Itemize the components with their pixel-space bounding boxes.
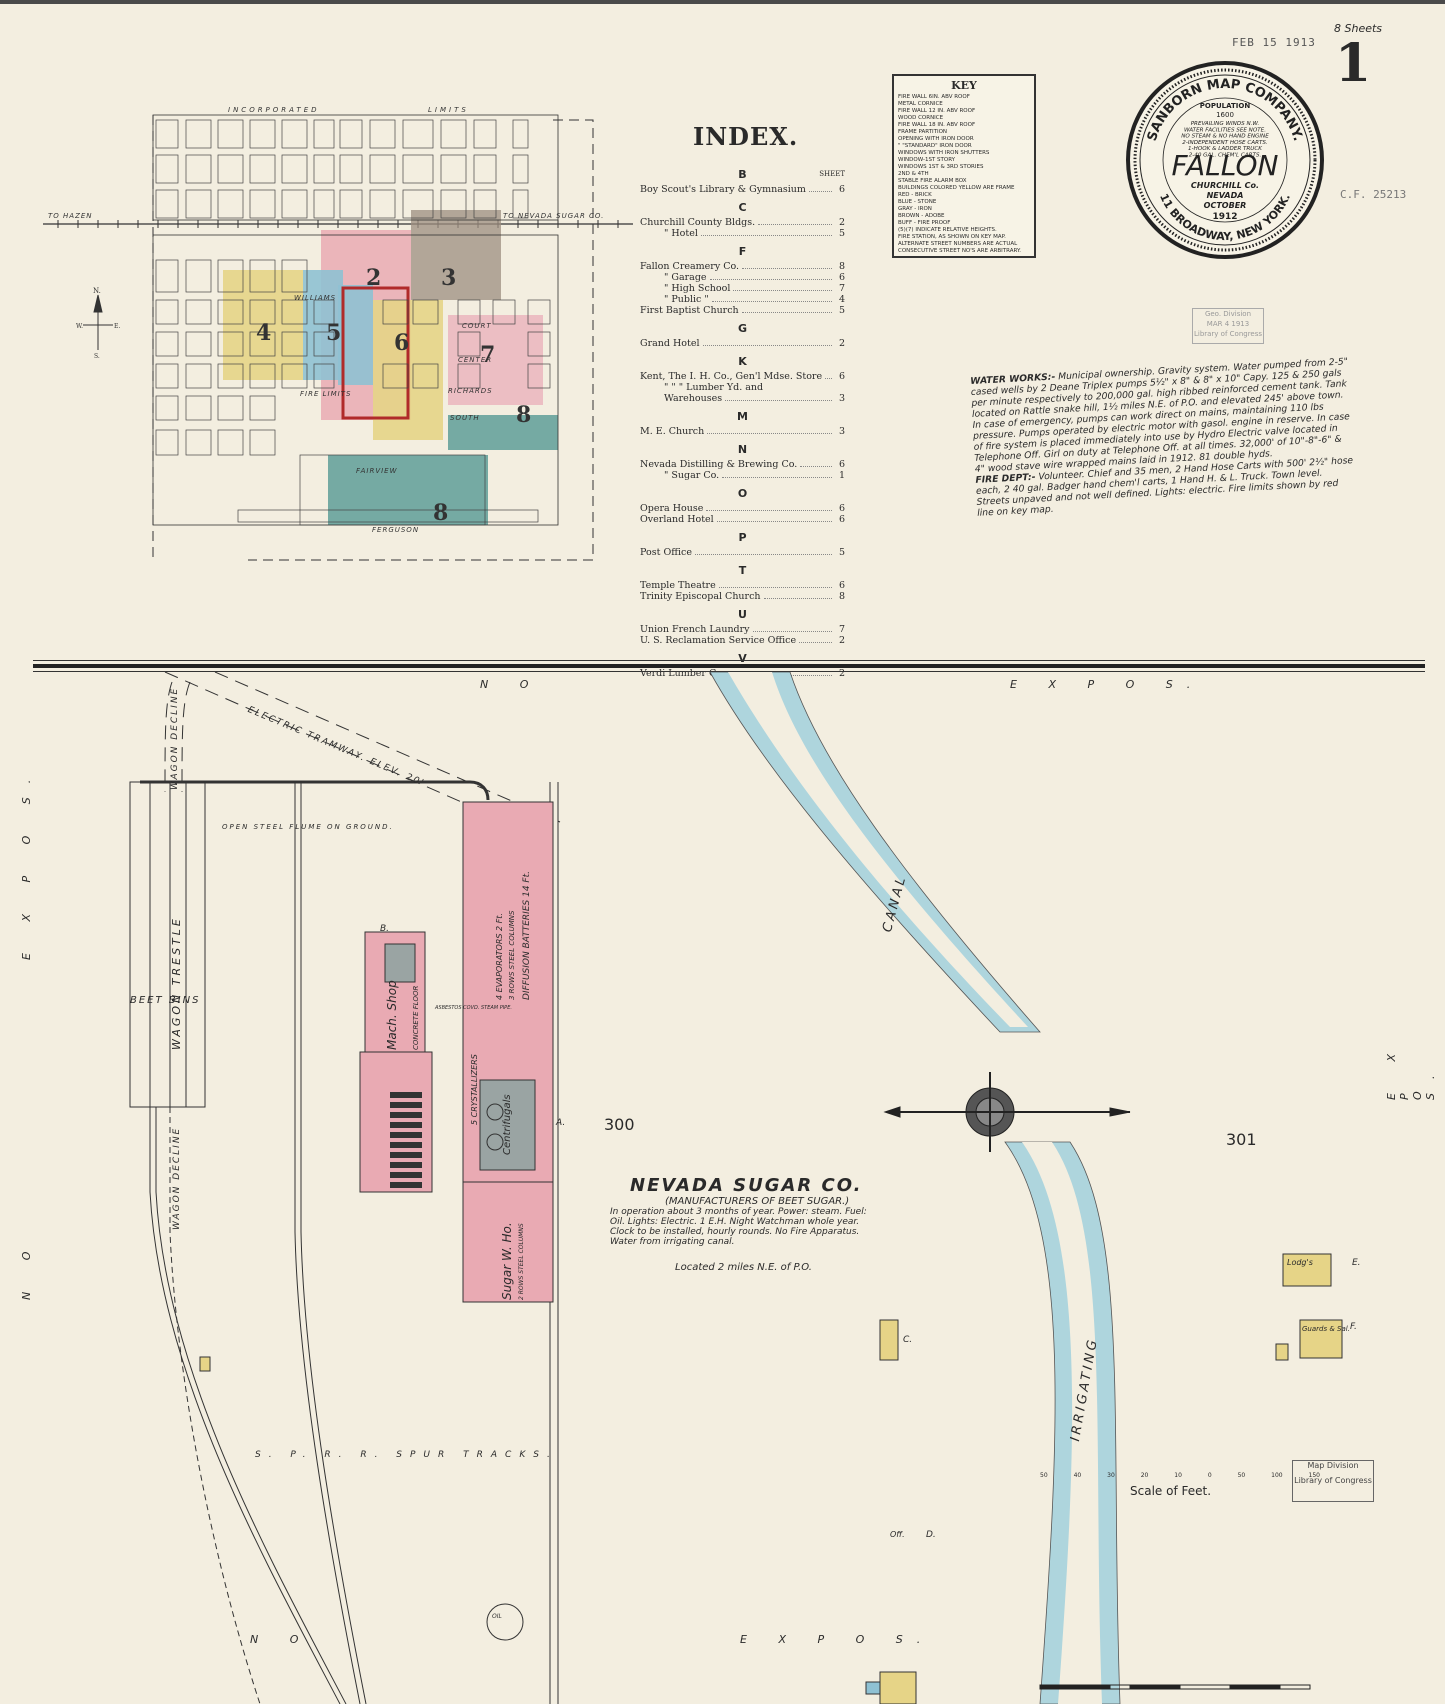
not-expos-bottom-right: E X P O S. (740, 1633, 934, 1646)
stamp-line: Library of Congress (1293, 1476, 1373, 1485)
key-line: FIRE STATION, AS SHOWN ON KEY MAP. (898, 234, 1030, 241)
svg-text:WATER FACILITIES SEE NOTE.: WATER FACILITIES SEE NOTE. (1184, 127, 1266, 133)
steel-columns-label: 3 ROWS STEEL COLUMNS (508, 911, 516, 1000)
company-subtitle: (MANUFACTURERS OF BEET SUGAR.) (665, 1196, 849, 1207)
key-line: 2ND & 4TH (898, 171, 1030, 178)
svg-text:4: 4 (256, 320, 271, 346)
svg-text:TO NEVADA SUGAR CO.: TO NEVADA SUGAR CO. (503, 212, 604, 220)
key-line: BROWN - ADOBE (898, 213, 1030, 220)
index-entry-sheet: 7 (835, 624, 845, 635)
not-expos-left: E X P O S. (20, 766, 33, 960)
key-line: " "STANDARD" IRON DOOR (898, 143, 1030, 150)
index-entry-name: Warehouses (640, 393, 722, 404)
index-entry-sheet: 6 (835, 580, 845, 591)
svg-text:S.: S. (94, 353, 100, 360)
scale-tick: 50 (1238, 1472, 1246, 1479)
index-entry: Temple Theatre6 (640, 580, 845, 591)
company-title: NEVADA SUGAR CO. (630, 1175, 863, 1196)
index-entry-sheet: 3 (835, 426, 845, 437)
guards-label: Guards & Sal. (1302, 1325, 1350, 1333)
index-leader-dots (733, 290, 832, 291)
index-entry-sheet: 6 (835, 371, 845, 382)
index-entry-name: " Sugar Co. (640, 470, 719, 481)
key-line: CONSECUTIVE STREET NO'S ARE ARBITRARY. (898, 248, 1030, 255)
key-line: BLUE - STONE (898, 199, 1030, 206)
stamp-line: Geo. Division (1193, 309, 1263, 319)
asbestos-pipe-label: ASBESTOS COVD. STEAM PIPE. (435, 1005, 512, 1011)
svg-text:INCORPORATED: INCORPORATED (228, 106, 320, 114)
index-entry-sheet: 8 (835, 261, 845, 272)
building-e-label: E. (1352, 1258, 1361, 1268)
index-leader-dots (800, 466, 832, 467)
index-entry: First Baptist Church5 (640, 305, 845, 316)
diffusion-batteries-label: DIFFUSION BATTERIES 14 Ft. (522, 871, 532, 1000)
index-entry: Boy Scout's Library & Gymnasium6 (640, 184, 845, 195)
received-date-stamp: FEB 15 1913 (1232, 36, 1316, 49)
not-expos-top-right: E X P O S. (1010, 678, 1204, 691)
not-expos-top-left: N O (480, 678, 542, 691)
svg-text:5: 5 (326, 320, 341, 346)
wagon-decline-top-label: WAGON DECLINE (170, 687, 180, 790)
svg-text:8: 8 (433, 500, 448, 526)
index-entry-sheet: 6 (835, 459, 845, 470)
sanborn-seal: SANBORN MAP COMPANY. 11 BROADWAY, NEW YO… (1125, 60, 1325, 260)
sugar-warehouse-label: Sugar W. Ho. (500, 1222, 514, 1300)
index-entry-name: Nevada Distilling & Brewing Co. (640, 459, 797, 470)
index-entry: U. S. Reclamation Service Office2 (640, 635, 845, 646)
svg-text:CHURCHILL Co.: CHURCHILL Co. (1191, 181, 1259, 190)
index-entry: Opera House6 (640, 503, 845, 514)
water-fire-notes: WATER WORKS:- Municipal ownership. Gravi… (970, 356, 1357, 519)
index-letter: M (640, 410, 845, 423)
index-entry: Trinity Episcopal Church8 (640, 591, 845, 602)
svg-text:TO HAZEN: TO HAZEN (48, 212, 93, 220)
svg-text:FALLON: FALLON (1172, 149, 1279, 182)
spur-tracks-label: S. P. R. R. SPUR TRACKS. (255, 1450, 558, 1460)
scale-tick: 0 (1208, 1472, 1212, 1479)
key-line: FIRE WALL 18 IN. ABV ROOF (898, 122, 1030, 129)
scale-tick: 10 (1174, 1472, 1182, 1479)
index-entry-name: First Baptist Church (640, 305, 739, 316)
index-leader-dots (742, 312, 832, 313)
svg-text:8: 8 (516, 402, 531, 428)
svg-text:7: 7 (480, 342, 495, 368)
scale-tick: 50 (1040, 1472, 1048, 1479)
index-entry-sheet: 6 (835, 272, 845, 283)
index-entry-name: Union French Laundry (640, 624, 750, 635)
index-letter: G (640, 322, 845, 335)
sugar-warehouse-sub: 2 ROWS STEEL COLUMNS (518, 1223, 525, 1300)
index-entry-name: M. E. Church (640, 426, 704, 437)
key-line: RED - BRICK (898, 192, 1030, 199)
index-entry-name: Churchill County Bldgs. (640, 217, 755, 228)
stamp-line: MAR 4 1913 (1193, 319, 1263, 329)
index-leader-dots (722, 477, 832, 478)
index-letter: F (640, 245, 845, 258)
svg-text:NO STEAM & NO HAND ENGINE: NO STEAM & NO HAND ENGINE (1181, 134, 1269, 140)
svg-text:E.: E. (114, 323, 120, 330)
building-d-label: D. (926, 1530, 936, 1540)
scale-tick: 40 (1074, 1472, 1082, 1479)
office-label: Off. (890, 1530, 905, 1539)
index-leader-dots (719, 587, 832, 588)
index-letter: K (640, 355, 845, 368)
company-description: In operation about 3 months of year. Pow… (610, 1207, 875, 1247)
index-list: SHEET BBoy Scout's Library & Gymnasium6C… (640, 162, 845, 679)
beet-bins-label: BEET BINS (130, 995, 200, 1006)
index-letter: C (640, 201, 845, 214)
key-line: FIRE WALL 6IN. ABV ROOF (898, 94, 1030, 101)
svg-text:COURT: COURT (462, 322, 492, 330)
svg-text:LIMITS: LIMITS (428, 106, 469, 114)
sheet-number: 1 (1335, 38, 1371, 90)
index-entry-name: U. S. Reclamation Service Office (640, 635, 796, 646)
index-entry-sheet: 4 (835, 294, 845, 305)
index-leader-dots (712, 301, 832, 302)
key-line: ALTERNATE STREET NUMBERS ARE ACTUAL (898, 241, 1030, 248)
scale-label: Scale of Feet. (1130, 1484, 1211, 1498)
svg-text:2: 2 (366, 265, 381, 291)
svg-text:CENTER: CENTER (458, 356, 492, 364)
index-entry: " Public "4 (640, 294, 845, 305)
index-entry-sheet: 5 (835, 228, 845, 239)
index-entry-name: " Hotel (640, 228, 698, 239)
svg-text:RICHARDS: RICHARDS (448, 387, 493, 395)
section-divider (33, 660, 1425, 672)
seal-emblem-icon: SANBORN MAP COMPANY. 11 BROADWAY, NEW YO… (1125, 60, 1325, 260)
index-entry-sheet: 2 (835, 635, 845, 646)
index-entry-sheet: 5 (835, 305, 845, 316)
index-leader-dots (717, 521, 832, 522)
index-leader-dots (706, 510, 832, 511)
lodgings-label: Lodg's (1287, 1258, 1313, 1267)
index-entry-name: " High School (640, 283, 730, 294)
index-entry-sheet: 5 (835, 547, 845, 558)
index-leader-dots (758, 224, 832, 225)
key-line: METAL CORNICE (898, 101, 1030, 108)
index-leader-dots (809, 191, 832, 192)
index-title: INDEX. (693, 122, 798, 151)
svg-text:PREVAILING WINDS N.W.: PREVAILING WINDS N.W. (1191, 121, 1260, 127)
index-entry: Grand Hotel2 (640, 338, 845, 349)
scale-ticks: 5040302010050100150 (1040, 1472, 1320, 1479)
legend-key: KEY FIRE WALL 6IN. ABV ROOFMETAL CORNICE… (892, 74, 1036, 258)
key-line: (5)(7) INDICATE RELATIVE HEIGHTS. (898, 227, 1030, 234)
index-entry: Kent, The I. H. Co., Gen'l Mdse. Store6 (640, 371, 845, 382)
key-line: BUILDINGS COLORED YELLOW ARE FRAME (898, 185, 1030, 192)
index-entry-name: Fallon Creamery Co. (640, 261, 739, 272)
index-letter: U (640, 608, 845, 621)
index-entry-sheet: 7 (835, 283, 845, 294)
wagon-decline-bottom-label: WAGON DECLINE (172, 1127, 182, 1230)
index-entry-sheet: 6 (835, 184, 845, 195)
index-entry: Nevada Distilling & Brewing Co.6 (640, 459, 845, 470)
svg-text:WILLIAMS: WILLIAMS (294, 294, 336, 302)
scale-tick: 100 (1271, 1472, 1282, 1479)
index-entry-name: Opera House (640, 503, 703, 514)
key-title: KEY (894, 79, 1034, 92)
svg-text:6: 6 (394, 330, 409, 356)
index-entry-name: Grand Hotel (640, 338, 700, 349)
index-leader-dots (825, 378, 832, 379)
key-map-grid-icon: 23456788 INCORPORATEDLIMITS TO HAZEN TO … (38, 100, 638, 570)
index-entry: " High School7 (640, 283, 845, 294)
index-entry-name: " Garage (640, 272, 707, 283)
stamp-line: Library of Congress (1193, 329, 1263, 339)
building-a-label: A. (556, 1118, 565, 1128)
index-leader-dots (742, 268, 832, 269)
index-entry: Overland Hotel6 (640, 514, 845, 525)
svg-text:SOUTH: SOUTH (450, 414, 480, 422)
index-entry-name: Overland Hotel (640, 514, 714, 525)
key-line: WOOD CORNICE (898, 115, 1030, 122)
key-line: WINDOWS 1ST & 3RD STORIES (898, 164, 1030, 171)
key-line: WINDOW-1ST STORY (898, 157, 1030, 164)
index-entry-name: Kent, The I. H. Co., Gen'l Mdse. Store (640, 371, 822, 382)
index-leader-dots (799, 642, 832, 643)
index-entry-sheet: 2 (835, 338, 845, 349)
concrete-floor-label: CONCRETE FLOOR (412, 986, 420, 1050)
not-expos-left-no: N O (20, 1238, 33, 1300)
copyright-number: C.F. 25213 (1340, 188, 1406, 201)
index-entry-name: Trinity Episcopal Church (640, 591, 761, 602)
index-entry: M. E. Church3 (640, 426, 845, 437)
mach-shop-label: Mach. Shop (385, 980, 399, 1050)
building-b-label: B. (380, 924, 389, 934)
index-entry: " Sugar Co.1 (640, 470, 845, 481)
index-sheet-header: SHEET (819, 170, 845, 178)
index-leader-dots (764, 598, 832, 599)
index-entry-sheet: 3 (835, 393, 845, 404)
index-entry-name: Temple Theatre (640, 580, 716, 591)
key-line: WINDOWS WITH IRON SHUTTERS (898, 150, 1030, 157)
index-entry-name: " Public " (640, 294, 709, 305)
svg-text:NEVADA: NEVADA (1207, 191, 1244, 200)
index-entry: Union French Laundry7 (640, 624, 845, 635)
index-entry-sheet: 6 (835, 514, 845, 525)
index-entry-sheet: 2 (835, 217, 845, 228)
index-entry-sheet: 8 (835, 591, 845, 602)
index-entry-sheet: 6 (835, 503, 845, 514)
scale-tick: 30 (1107, 1472, 1115, 1479)
svg-text:1600: 1600 (1216, 111, 1234, 119)
index-leader-dots (753, 631, 832, 632)
index-entry-name: " " " Lumber Yd. and (640, 382, 763, 393)
svg-text:2-INDEPENDENT HOSE CARTS.: 2-INDEPENDENT HOSE CARTS. (1182, 140, 1268, 146)
not-expos-right: E X P O S. (1385, 1040, 1437, 1100)
key-line: FIRE WALL 12 IN. ABV ROOF (898, 108, 1030, 115)
svg-text:OCTOBER: OCTOBER (1204, 201, 1247, 210)
index-letter: T (640, 564, 845, 577)
index-leader-dots (707, 433, 832, 434)
centrifugals-label: Centrifugals (502, 1094, 513, 1155)
key-line: BUFF - FIRE PROOF (898, 220, 1030, 227)
index-entry: " " " Lumber Yd. and (640, 382, 845, 393)
index-entry-name: Post Office (640, 547, 692, 558)
index-letter: P (640, 531, 845, 544)
index-letter: O (640, 487, 845, 500)
svg-text:FAIRVIEW: FAIRVIEW (356, 467, 398, 475)
key-line: OPENING WITH IRON DOOR (898, 136, 1030, 143)
block-number-300: 300 (604, 1115, 635, 1134)
key-map[interactable]: 23456788 INCORPORATEDLIMITS TO HAZEN TO … (38, 100, 638, 570)
top-edge-bar (0, 0, 1445, 4)
svg-text:POPULATION: POPULATION (1200, 102, 1251, 110)
index-letter: B (640, 168, 845, 181)
index-leader-dots (695, 554, 832, 555)
block-number-301: 301 (1226, 1130, 1257, 1149)
crystallizers-label: 5 CRYSTALLIZERS (470, 1054, 479, 1125)
svg-text:OIL: OIL (492, 1613, 502, 1620)
svg-text:1912: 1912 (1212, 212, 1237, 222)
index-entry: Post Office5 (640, 547, 845, 558)
index-leader-dots (701, 235, 832, 236)
library-received-stamp: Geo. Division MAR 4 1913 Library of Cong… (1192, 308, 1264, 344)
svg-text:3: 3 (441, 265, 456, 291)
index-entry: Churchill County Bldgs.2 (640, 217, 845, 228)
wagon-trestle-label: WAGON TRESTLE (170, 916, 183, 1050)
index-entry: Fallon Creamery Co.8 (640, 261, 845, 272)
key-line: GRAY - IRON (898, 206, 1030, 213)
index-entry-sheet: 1 (835, 470, 845, 481)
key-lines: FIRE WALL 6IN. ABV ROOFMETAL CORNICEFIRE… (894, 92, 1034, 257)
building-c-label: C. (903, 1335, 912, 1345)
scale-tick: 20 (1141, 1472, 1149, 1479)
index-entry: " Garage6 (640, 272, 845, 283)
key-line: FRAME PARTITION (898, 129, 1030, 136)
index-letter: N (640, 443, 845, 456)
svg-text:FERGUSON: FERGUSON (372, 526, 419, 534)
index-leader-dots (725, 400, 832, 401)
index-entry: " Hotel5 (640, 228, 845, 239)
index-entry: Warehouses3 (640, 393, 845, 404)
building-f-label: F. (1350, 1322, 1357, 1332)
index-entry-name: Boy Scout's Library & Gymnasium (640, 184, 806, 195)
svg-text:W.: W. (76, 323, 83, 330)
index-leader-dots (710, 279, 832, 280)
map-division-stamp: Map Division Library of Congress (1292, 1460, 1374, 1502)
evaporators-label: 4 EVAPORATORS 2 Ft. (495, 913, 504, 1000)
svg-text:N.: N. (93, 287, 101, 295)
svg-text:FIRE LIMITS: FIRE LIMITS (300, 390, 351, 398)
not-expos-bottom-left: N O (250, 1633, 312, 1646)
key-line: STABLE FIRE ALARM BOX (898, 178, 1030, 185)
index-leader-dots (703, 345, 833, 346)
flume-label: OPEN STEEL FLUME ON GROUND. (222, 823, 394, 831)
stamp-line: Map Division (1293, 1461, 1373, 1470)
company-location: Located 2 miles N.E. of P.O. (675, 1262, 812, 1273)
